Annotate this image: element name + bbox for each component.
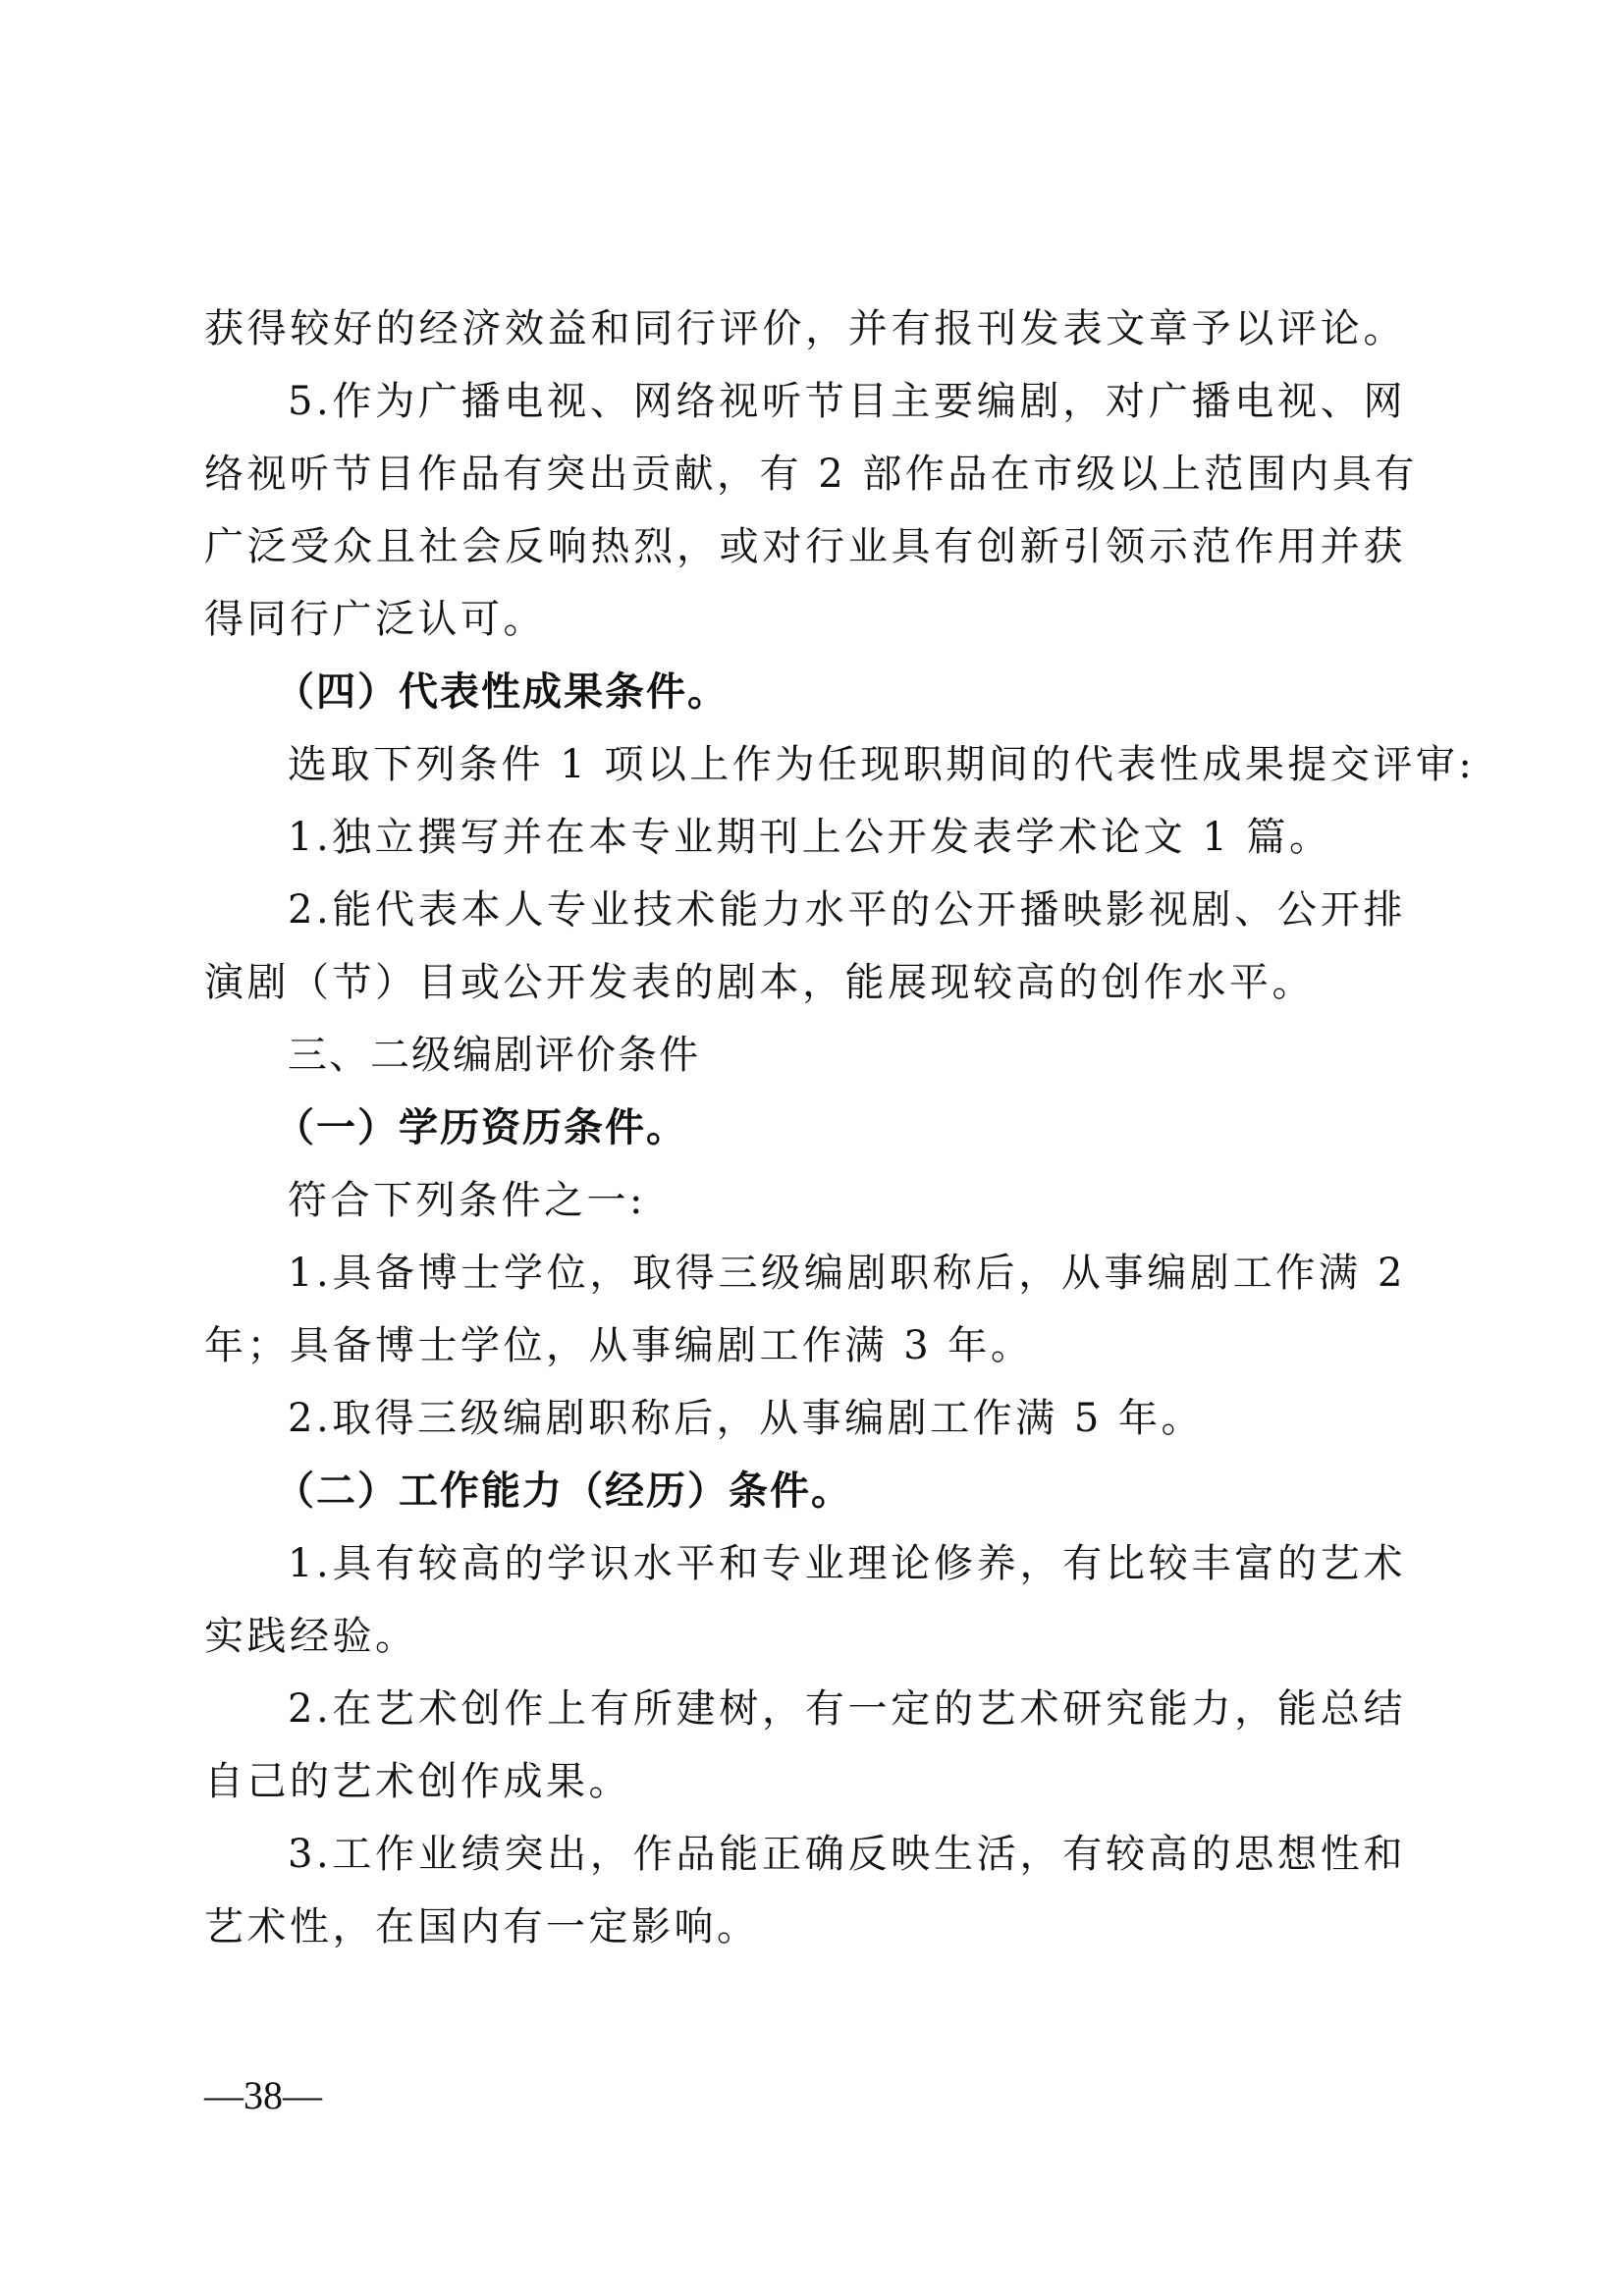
paragraph-line: 年；具备博士学位，从事编剧工作满 3 年。 [204, 1309, 1406, 1382]
paragraph-line: 5.作为广播电视、网络视听节目主要编剧，对广播电视、网 [288, 365, 1406, 438]
paragraph-line: 2.取得三级编剧职称后，从事编剧工作满 5 年。 [288, 1382, 1406, 1455]
paragraph-line: 演剧（节）目或公开发表的剧本，能展现较高的创作水平。 [204, 946, 1406, 1019]
paragraph-line: 2.在艺术创作上有所建树，有一定的艺术研究能力，能总结 [288, 1673, 1406, 1745]
paragraph-line: 1.具有较高的学识水平和专业理论修养，有比较丰富的艺术 [288, 1527, 1406, 1600]
paragraph-line: 获得较好的经济效益和同行评价，并有报刊发表文章予以评论。 [204, 293, 1406, 365]
paragraph-line: 1.独立撰写并在本专业期刊上公开发表学术论文 1 篇。 [288, 801, 1406, 874]
section-heading: 三、二级编剧评价条件 [288, 1019, 1406, 1092]
document-page: 获得较好的经济效益和同行评价，并有报刊发表文章予以评论。 5.作为广播电视、网络… [0, 0, 1623, 2296]
paragraph-line: 选取下列条件 1 项以上作为任现职期间的代表性成果提交评审: [288, 728, 1406, 801]
paragraph-line: 符合下列条件之一: [288, 1164, 1406, 1237]
section-subheading: （四）代表性成果条件。 [275, 656, 1393, 728]
section-subheading: （二）工作能力（经历）条件。 [275, 1455, 1393, 1527]
paragraph-line: 得同行广泛认可。 [204, 583, 1406, 656]
paragraph-line: 3.工作业绩突出，作品能正确反映生活，有较高的思想性和 [288, 1818, 1406, 1891]
paragraph-line: 艺术性，在国内有一定影响。 [204, 1891, 1406, 1963]
page-number: —38— [204, 2071, 322, 2120]
paragraph-line: 广泛受众且社会反响热烈，或对行业具有创新引领示范作用并获 [204, 510, 1406, 583]
paragraph-line: 自己的艺术创作成果。 [204, 1745, 1406, 1818]
paragraph-line: 络视听节目作品有突出贡献，有 2 部作品在市级以上范围内具有 [204, 438, 1406, 510]
section-subheading: （一）学历资历条件。 [275, 1092, 1393, 1164]
paragraph-line: 实践经验。 [204, 1600, 1406, 1673]
paragraph-line: 1.具备博士学位，取得三级编剧职称后，从事编剧工作满 2 [288, 1237, 1406, 1309]
paragraph-line: 2.能代表本人专业技术能力水平的公开播映影视剧、公开排 [288, 874, 1406, 946]
